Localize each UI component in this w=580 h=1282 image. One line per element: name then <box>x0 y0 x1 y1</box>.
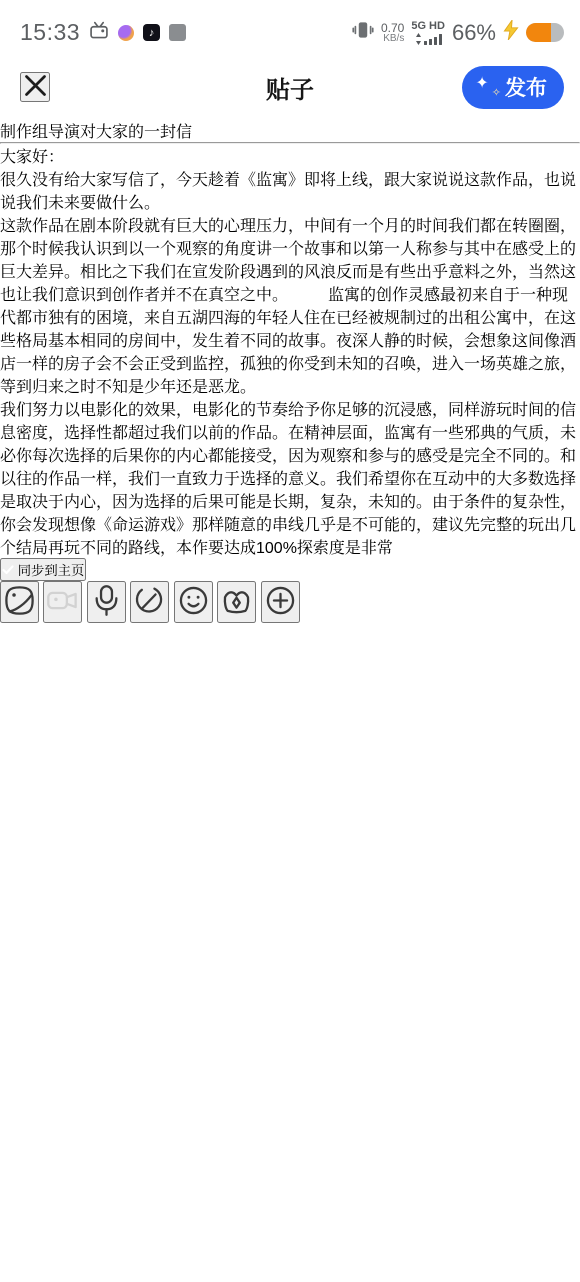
link-icon <box>132 606 167 621</box>
network-speed: 0.70 KB/s <box>381 22 404 44</box>
composer-toolbar <box>0 581 580 623</box>
body-paragraph: 很久没有给大家写信了，今天趁着《监寓》即将上线，跟大家说说这款作品，也说说我们未… <box>0 167 580 213</box>
microphone-icon <box>89 606 124 621</box>
notification-app-icon <box>118 25 134 41</box>
status-bar: 15:33 ♪ 0.70 KB/s <box>0 0 580 55</box>
post-editor-screen: 15:33 ♪ 0.70 KB/s <box>0 0 580 1282</box>
battery-percent: 66% <box>452 20 496 46</box>
insert-emoji-button[interactable] <box>174 581 213 623</box>
insert-video-button[interactable] <box>43 581 82 623</box>
editor-header: 贴子 ✦ ✧ 发布 <box>0 55 580 119</box>
image-icon <box>2 606 37 621</box>
tv-app-icon <box>89 21 109 45</box>
body-paragraph: 这款作品在剧本阶段就有巨大的心理压力，中间有一个月的时间我们都在转圈圈，那个时候… <box>0 213 580 397</box>
signal-bars-icon <box>415 33 442 45</box>
plus-circle-icon <box>263 606 298 621</box>
sync-to-home-label: 同步到主页 <box>18 563 85 578</box>
clock: 15:33 <box>20 19 80 46</box>
douyin-app-icon: ♪ <box>143 24 160 41</box>
close-icon <box>22 72 49 102</box>
sparkle-icon: ✦ <box>475 73 488 93</box>
publish-button[interactable]: ✦ ✧ 发布 <box>462 66 564 109</box>
insert-goods-button[interactable] <box>217 581 256 623</box>
sparkle-small-icon: ✧ <box>492 86 501 99</box>
emoji-smiley-icon <box>176 606 211 621</box>
close-button[interactable] <box>20 72 50 102</box>
sync-to-home-toggle[interactable]: 同步到主页 <box>0 558 86 581</box>
body-paragraph: 大家好： <box>0 144 580 167</box>
crown-icon <box>219 606 254 621</box>
insert-link-button[interactable] <box>130 581 169 623</box>
sync-row: 同步到主页 <box>0 558 580 581</box>
hidden-app-icon <box>169 24 186 41</box>
body-paragraph: 我们努力以电影化的效果，电影化的节奏给予你足够的沉浸感，同样游玩时间的信息密度，… <box>0 397 580 558</box>
voice-input-button[interactable] <box>87 581 126 623</box>
check-icon <box>2 563 18 578</box>
video-camera-icon <box>45 606 80 621</box>
battery-icon <box>526 23 564 42</box>
publish-slash-accent <box>524 70 528 96</box>
insert-image-button[interactable] <box>0 581 39 623</box>
signal-indicator: 5G HD <box>411 21 445 45</box>
more-options-button[interactable] <box>261 581 300 623</box>
post-title-input[interactable]: 制作组导演对大家的一封信 <box>0 119 580 142</box>
post-body-editor[interactable]: 大家好： 很久没有给大家写信了，今天趁着《监寓》即将上线，跟大家说说这款作品，也… <box>0 144 580 558</box>
compose-area: 制作组导演对大家的一封信 大家好： 很久没有给大家写信了，今天趁着《监寓》即将上… <box>0 119 580 558</box>
charging-bolt-icon <box>503 20 519 45</box>
vibrate-icon <box>352 20 374 45</box>
